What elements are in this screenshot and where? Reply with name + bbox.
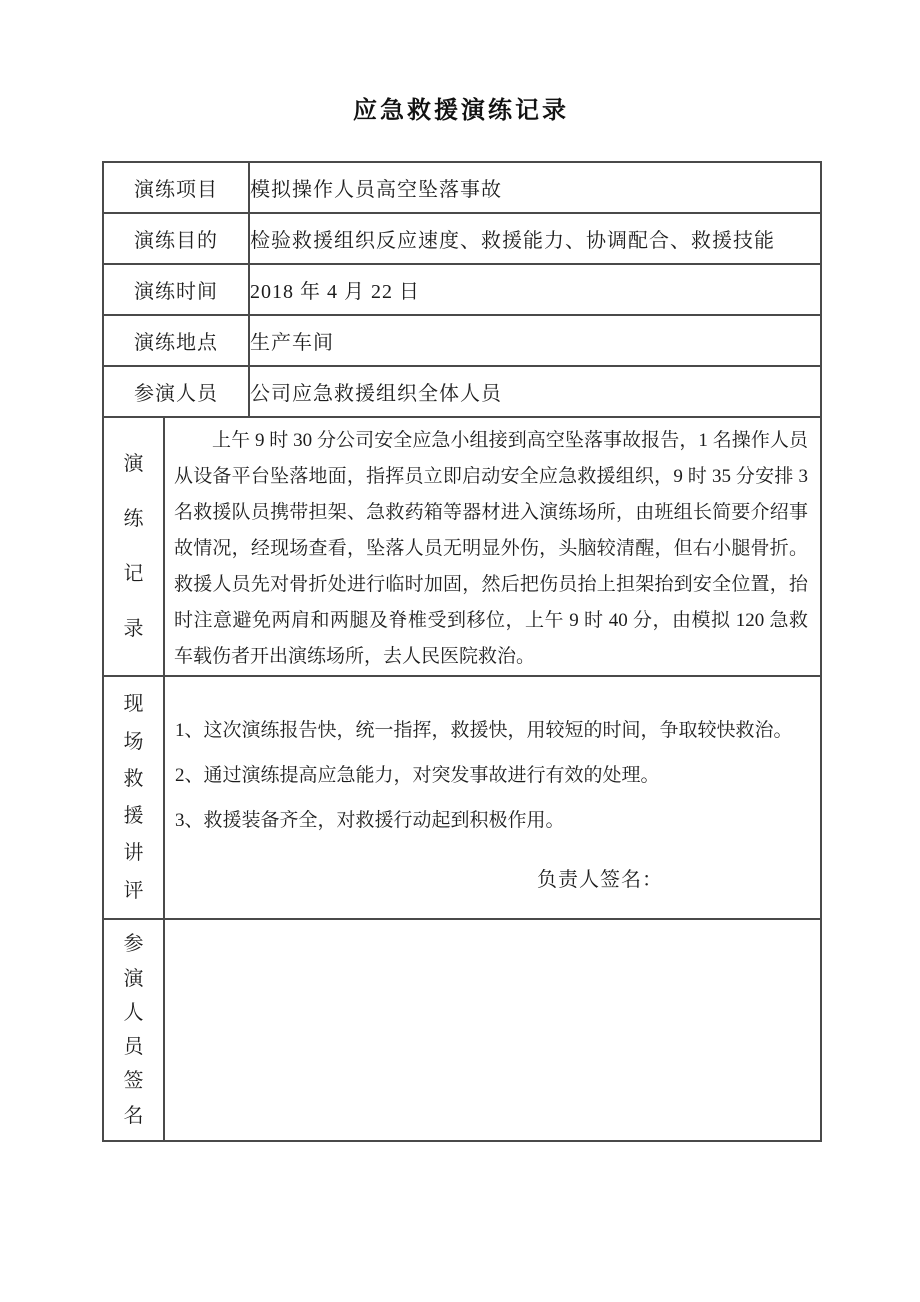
- row-drill-project: 演练项目 模拟操作人员高空坠落事故: [103, 162, 821, 213]
- drill-record-content-cell: 上午 9 时 30 分公司安全应急小组接到高空坠落事故报告，1 名操作人员从设备…: [164, 417, 821, 676]
- drill-record-paragraph: 上午 9 时 30 分公司安全应急小组接到高空坠落事故报告，1 名操作人员从设备…: [165, 418, 820, 675]
- drill-record-table: 演练项目 模拟操作人员高空坠落事故 演练目的 检验救援组织反应速度、救援能力、协…: [102, 161, 822, 1142]
- row-drill-purpose: 演练目的 检验救援组织反应速度、救援能力、协调配合、救援技能: [103, 213, 821, 264]
- document-page: 应急救援演练记录 演练项目 模拟操作人员高空坠落事故 演练目的 检验救援组织反应…: [0, 0, 920, 1302]
- field-value-location: 生产车间: [249, 315, 821, 366]
- field-label-time: 演练时间: [103, 264, 249, 315]
- section-label-participant-signatures: 参 演 人 员 签 名: [103, 919, 164, 1141]
- section-label-drill-record: 演 练 记 录: [103, 417, 164, 676]
- field-label-location: 演练地点: [103, 315, 249, 366]
- document-title: 应急救援演练记录: [102, 90, 820, 125]
- field-label-project: 演练项目: [103, 162, 249, 213]
- row-drill-record: 演 练 记 录 上午 9 时 30 分公司安全应急小组接到高空坠落事故报告，1 …: [103, 417, 821, 676]
- review-item-3: 3、救援装备齐全，对救援行动起到积极作用。: [165, 798, 820, 843]
- row-drill-location: 演练地点 生产车间: [103, 315, 821, 366]
- review-items: 1、这次演练报告快，统一指挥，救援快，用较短的时间，争取较快救治。 2、通过演练…: [165, 704, 820, 843]
- field-value-participants: 公司应急救援组织全体人员: [249, 366, 821, 417]
- vertical-label-participant-signatures: 参 演 人 员 签 名: [104, 920, 163, 1140]
- responsible-signature-label: 负责人签名：: [165, 863, 820, 892]
- participant-signatures-empty-cell: [164, 919, 821, 1141]
- field-value-time: 2018 年 4 月 22 日: [249, 264, 821, 315]
- row-drill-time: 演练时间 2018 年 4 月 22 日: [103, 264, 821, 315]
- vertical-label-drill-record: 演 练 记 录: [104, 420, 163, 674]
- review-item-1: 1、这次演练报告快，统一指挥，救援快，用较短的时间，争取较快救治。: [165, 708, 820, 753]
- field-value-project: 模拟操作人员高空坠落事故: [249, 162, 821, 213]
- row-participant-signatures: 参 演 人 员 签 名: [103, 919, 821, 1141]
- field-label-participants: 参演人员: [103, 366, 249, 417]
- section-label-onsite-review: 现 场 救 援 讲 评: [103, 676, 164, 919]
- row-onsite-review: 现 场 救 援 讲 评 1、这次演练报告快，统一指挥，救援快，用较短的时间，争取…: [103, 676, 821, 919]
- vertical-label-onsite-review: 现 场 救 援 讲 评: [104, 677, 163, 918]
- field-label-purpose: 演练目的: [103, 213, 249, 264]
- review-item-2: 2、通过演练提高应急能力，对突发事故进行有效的处理。: [165, 753, 820, 798]
- field-value-purpose: 检验救援组织反应速度、救援能力、协调配合、救援技能: [249, 213, 821, 264]
- onsite-review-content-cell: 1、这次演练报告快，统一指挥，救援快，用较短的时间，争取较快救治。 2、通过演练…: [164, 676, 821, 919]
- row-drill-participants: 参演人员 公司应急救援组织全体人员: [103, 366, 821, 417]
